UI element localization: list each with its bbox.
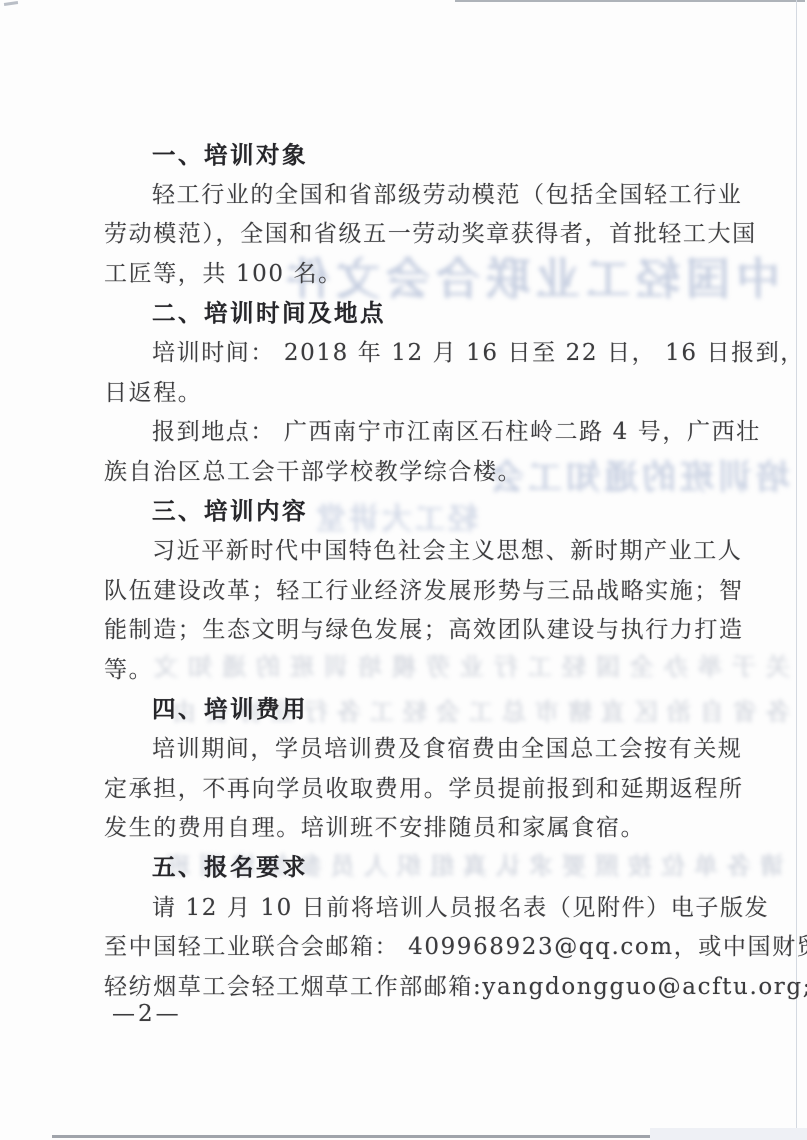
body-text-line: 轻工行业的全国和省部级劳动模范（包括全国轻工行业 [104, 173, 722, 213]
body-text-line: 请 12 月 10 日前将培训人员报名表（见附件）电子版发 [104, 885, 722, 925]
scan-corner-speck [4, 1, 18, 6]
body-text-line: 队伍建设改革；轻工行业经济发展形势与三品战略实施；智 [104, 569, 722, 609]
section-heading: 四、培训费用 [104, 687, 722, 727]
scanned-document-page: 中国轻工业联合会文件 培训班的通知工会 轻工大讲堂 关于举办全国轻工行业劳模培训… [0, 0, 807, 1140]
body-text-line: 劳动模范），全国和省级五一劳动奖章获得者，首批轻工大国 [104, 212, 722, 252]
body-text-line: 等。 [104, 648, 722, 688]
scan-top-edge-artifact [455, 0, 805, 2]
body-text-line: 工匠等，共 100 名。 [104, 252, 722, 292]
body-text-line: 轻纺烟草工会轻工烟草工作部邮箱:yangdongguo@acftu.org; [104, 964, 722, 1004]
body-text-line: 习近平新时代中国特色社会主义思想、新时期产业工人 [104, 529, 722, 569]
section-heading: 三、培训内容 [104, 489, 722, 529]
section-heading: 二、培训时间及地点 [104, 291, 722, 331]
section-heading: 五、报名要求 [104, 846, 722, 886]
body-text-line: 报到地点： 广西南宁市江南区石柱岭二路 4 号，广西壮 [104, 410, 722, 450]
document-body: 一、培训对象轻工行业的全国和省部级劳动模范（包括全国轻工行业劳动模范），全国和省… [104, 133, 722, 1004]
body-text-line: 培训期间，学员培训费及食宿费由全国总工会按有关规 [104, 727, 722, 767]
body-text-line: 定承担，不再向学员收取费用。学员提前报到和延期返程所 [104, 767, 722, 807]
scan-bottom-tint [650, 1128, 807, 1140]
body-text-line: 发生的费用自理。培训班不安排随员和家属食宿。 [104, 806, 722, 846]
body-text-line: 培训时间： 2018 年 12 月 16 日至 22 日， 16 日报到， 22 [104, 331, 722, 371]
body-text-line: 日返程。 [104, 371, 722, 411]
body-text-line: 族自治区总工会干部学校教学综合楼。 [104, 450, 722, 490]
body-text-line: 至中国轻工业联合会邮箱： 409968923@qq.com，或中国财贸 [104, 925, 722, 965]
body-text-line: 能制造；生态文明与绿色发展；高效团队建设与执行力打造 [104, 608, 722, 648]
page-number: —2— [112, 1001, 182, 1027]
section-heading: 一、培训对象 [104, 133, 722, 173]
scan-bottom-edge-artifact [52, 1135, 652, 1138]
